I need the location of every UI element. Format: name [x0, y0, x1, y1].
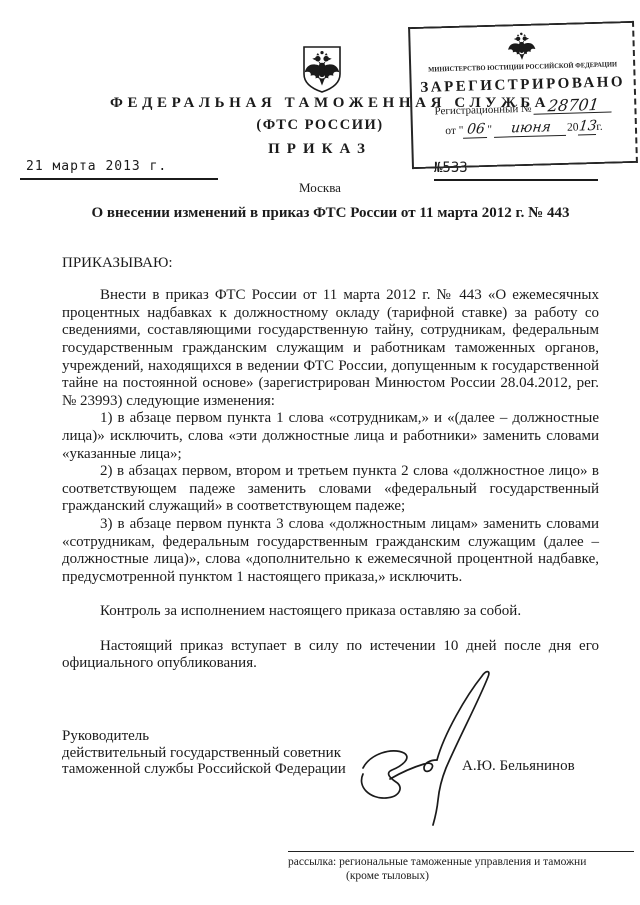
stamp-date-month: июня [494, 119, 568, 138]
paragraph-amendments-intro: Внести в приказ ФТС России от 11 марта 2… [62, 287, 599, 410]
signer-position-line: Руководитель [62, 728, 362, 745]
stamp-date-day: 06 [463, 121, 489, 139]
distribution-note: рассылка: региональные таможенные управл… [288, 851, 634, 883]
paragraph-control: Контроль за исполнением настоящего прика… [62, 603, 599, 621]
signer-position-block: Руководитель действительный государствен… [62, 728, 362, 778]
order-word: ПРИКАЗЫВАЮ: [62, 255, 599, 273]
signer-name: А.Ю. Бельянинов [462, 758, 575, 775]
stamp-registration-number-row: Регистрационный № 28701 [434, 98, 612, 118]
stamp-reg-number-value: 28701 [533, 97, 613, 114]
distribution-line-2: (кроме тыловых) [288, 869, 634, 883]
distribution-line: рассылка: региональные таможенные управл… [288, 855, 634, 869]
coat-of-arms-shield-icon [301, 44, 343, 94]
signer-position-line: таможенной службы Российской Федерации [62, 761, 362, 778]
ministry-justice-emblem-icon [506, 30, 537, 63]
signer-position-line: действительный государственный советник [62, 745, 362, 762]
stamp-registered-label: ЗАРЕГИСТРИРОВАНО [420, 74, 625, 97]
document-page: ФЕДЕРАЛЬНАЯ ТАМОЖЕННАЯ СЛУЖБА (ФТС РОССИ… [0, 0, 640, 905]
registration-stamp: МИНИСТЕРСТВО ЮСТИЦИИ РОССИЙСКОЙ ФЕДЕРАЦИ… [408, 21, 638, 169]
order-title: О внесении изменений в приказ ФТС России… [62, 205, 599, 223]
stamp-date-year-printed: 20 [567, 121, 579, 133]
handwritten-signature [330, 648, 540, 848]
stamp-date-prefix: от " [445, 125, 464, 138]
paragraph-item-1: 1) в абзаце первом пункта 1 слова «сотру… [62, 410, 599, 463]
document-date: 21 марта 2013 г. [20, 159, 218, 180]
paragraph-item-2: 2) в абзацах первом, втором и третьем пу… [62, 463, 599, 516]
stamp-date-year-written: 13 [578, 118, 598, 136]
city-label: Москва [0, 180, 640, 196]
stamp-date-row: от "06" июня2013г. [445, 118, 603, 139]
stamp-ministry-name: МИНИСТЕРСТВО ЮСТИЦИИ РОССИЙСКОЙ ФЕДЕРАЦИ… [428, 61, 617, 73]
document-body: О внесении изменений в приказ ФТС России… [62, 205, 599, 673]
stamp-reg-number-label: Регистрационный № [434, 103, 531, 118]
paragraph-item-3: 3) в абзаце первом пункта 3 слова «должн… [62, 516, 599, 586]
